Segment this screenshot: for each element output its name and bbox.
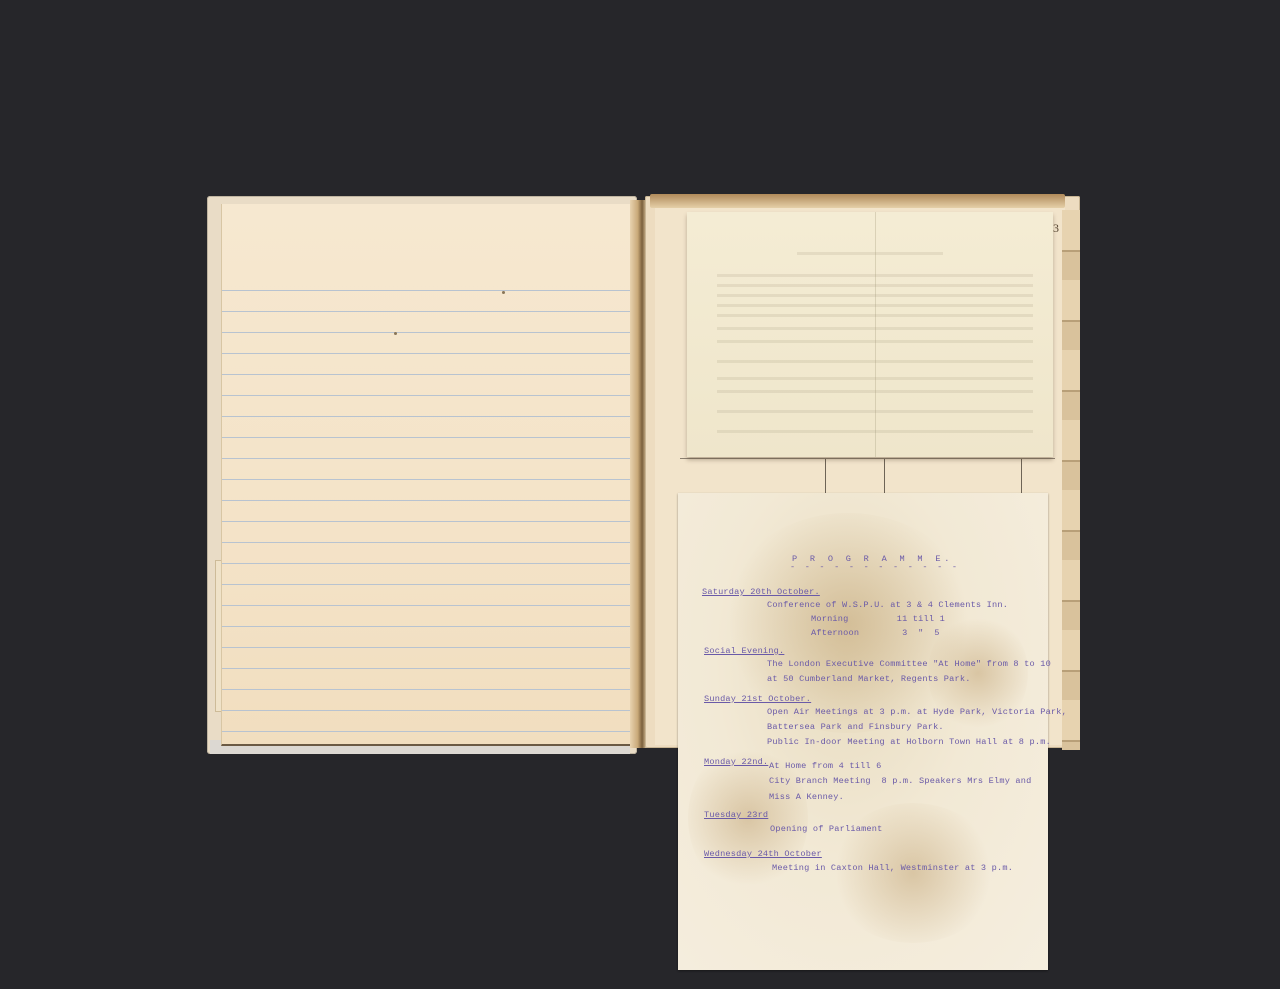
- ink-spot: [394, 332, 397, 335]
- section-heading: Monday 22nd.: [704, 757, 768, 767]
- ghost-text-line: [717, 377, 1033, 380]
- faded-pasted-sheet: [687, 212, 1053, 457]
- page-fore-edge: [1062, 210, 1080, 750]
- ghost-text-line: [717, 360, 1033, 363]
- ledger-columns: [680, 458, 1055, 495]
- ghost-text-line: [797, 252, 943, 255]
- section-line: Open Air Meetings at 3 p.m. at Hyde Park…: [767, 707, 1067, 717]
- column-rule: [825, 459, 826, 495]
- section-line: Conference of W.S.P.U. at 3 & 4 Clements…: [767, 600, 1008, 610]
- section-line: Battersea Park and Finsbury Park.: [767, 722, 944, 732]
- left-lined-page: [221, 204, 635, 746]
- section-line: at 50 Cumberland Market, Regents Park.: [767, 674, 971, 684]
- ghost-text-line: [717, 340, 1033, 343]
- section-heading: Sunday 21st October.: [704, 694, 811, 704]
- column-rule: [1021, 459, 1022, 495]
- page-number: 3: [1053, 221, 1059, 236]
- fold-crease: [875, 212, 876, 457]
- section-line: Afternoon 3 " 5: [811, 628, 940, 638]
- section-line: City Branch Meeting 8 p.m. Speakers Mrs …: [769, 776, 1032, 786]
- ruled-lines: [222, 270, 635, 740]
- column-rule: [884, 459, 885, 495]
- section-heading: Saturday 20th October.: [702, 587, 820, 597]
- right-page-top-edge: [650, 194, 1065, 208]
- title-rule: - - - - - - - - - - - -: [790, 562, 959, 572]
- section-line: Public In-door Meeting at Holborn Town H…: [767, 737, 1051, 747]
- section-line: Opening of Parliament: [770, 824, 883, 834]
- section-heading: Wednesday 24th October: [704, 849, 822, 859]
- ghost-text-line: [717, 410, 1033, 413]
- section-heading: Social Evening.: [704, 646, 784, 656]
- section-line: Miss A Kenney.: [769, 792, 844, 802]
- section-heading: Tuesday 23rd: [704, 810, 768, 820]
- section-line: At Home from 4 till 6: [769, 761, 882, 771]
- ghost-text-line: [717, 327, 1033, 330]
- section-line: The London Executive Committee "At Home"…: [767, 659, 1051, 669]
- ghost-text-line: [717, 390, 1033, 393]
- ink-spot: [502, 291, 505, 294]
- section-line: Meeting in Caxton Hall, Westminster at 3…: [772, 863, 1013, 873]
- ghost-text-line: [717, 314, 1033, 317]
- section-line: Morning 11 till 1: [811, 614, 945, 624]
- programme-sheet: P R O G R A M M E. - - - - - - - - - - -…: [678, 493, 1048, 970]
- ghost-text-line: [717, 304, 1033, 307]
- ghost-text-line: [717, 294, 1033, 297]
- ghost-text-line: [717, 430, 1033, 433]
- ghost-text-line: [717, 274, 1033, 277]
- ghost-text-line: [717, 284, 1033, 287]
